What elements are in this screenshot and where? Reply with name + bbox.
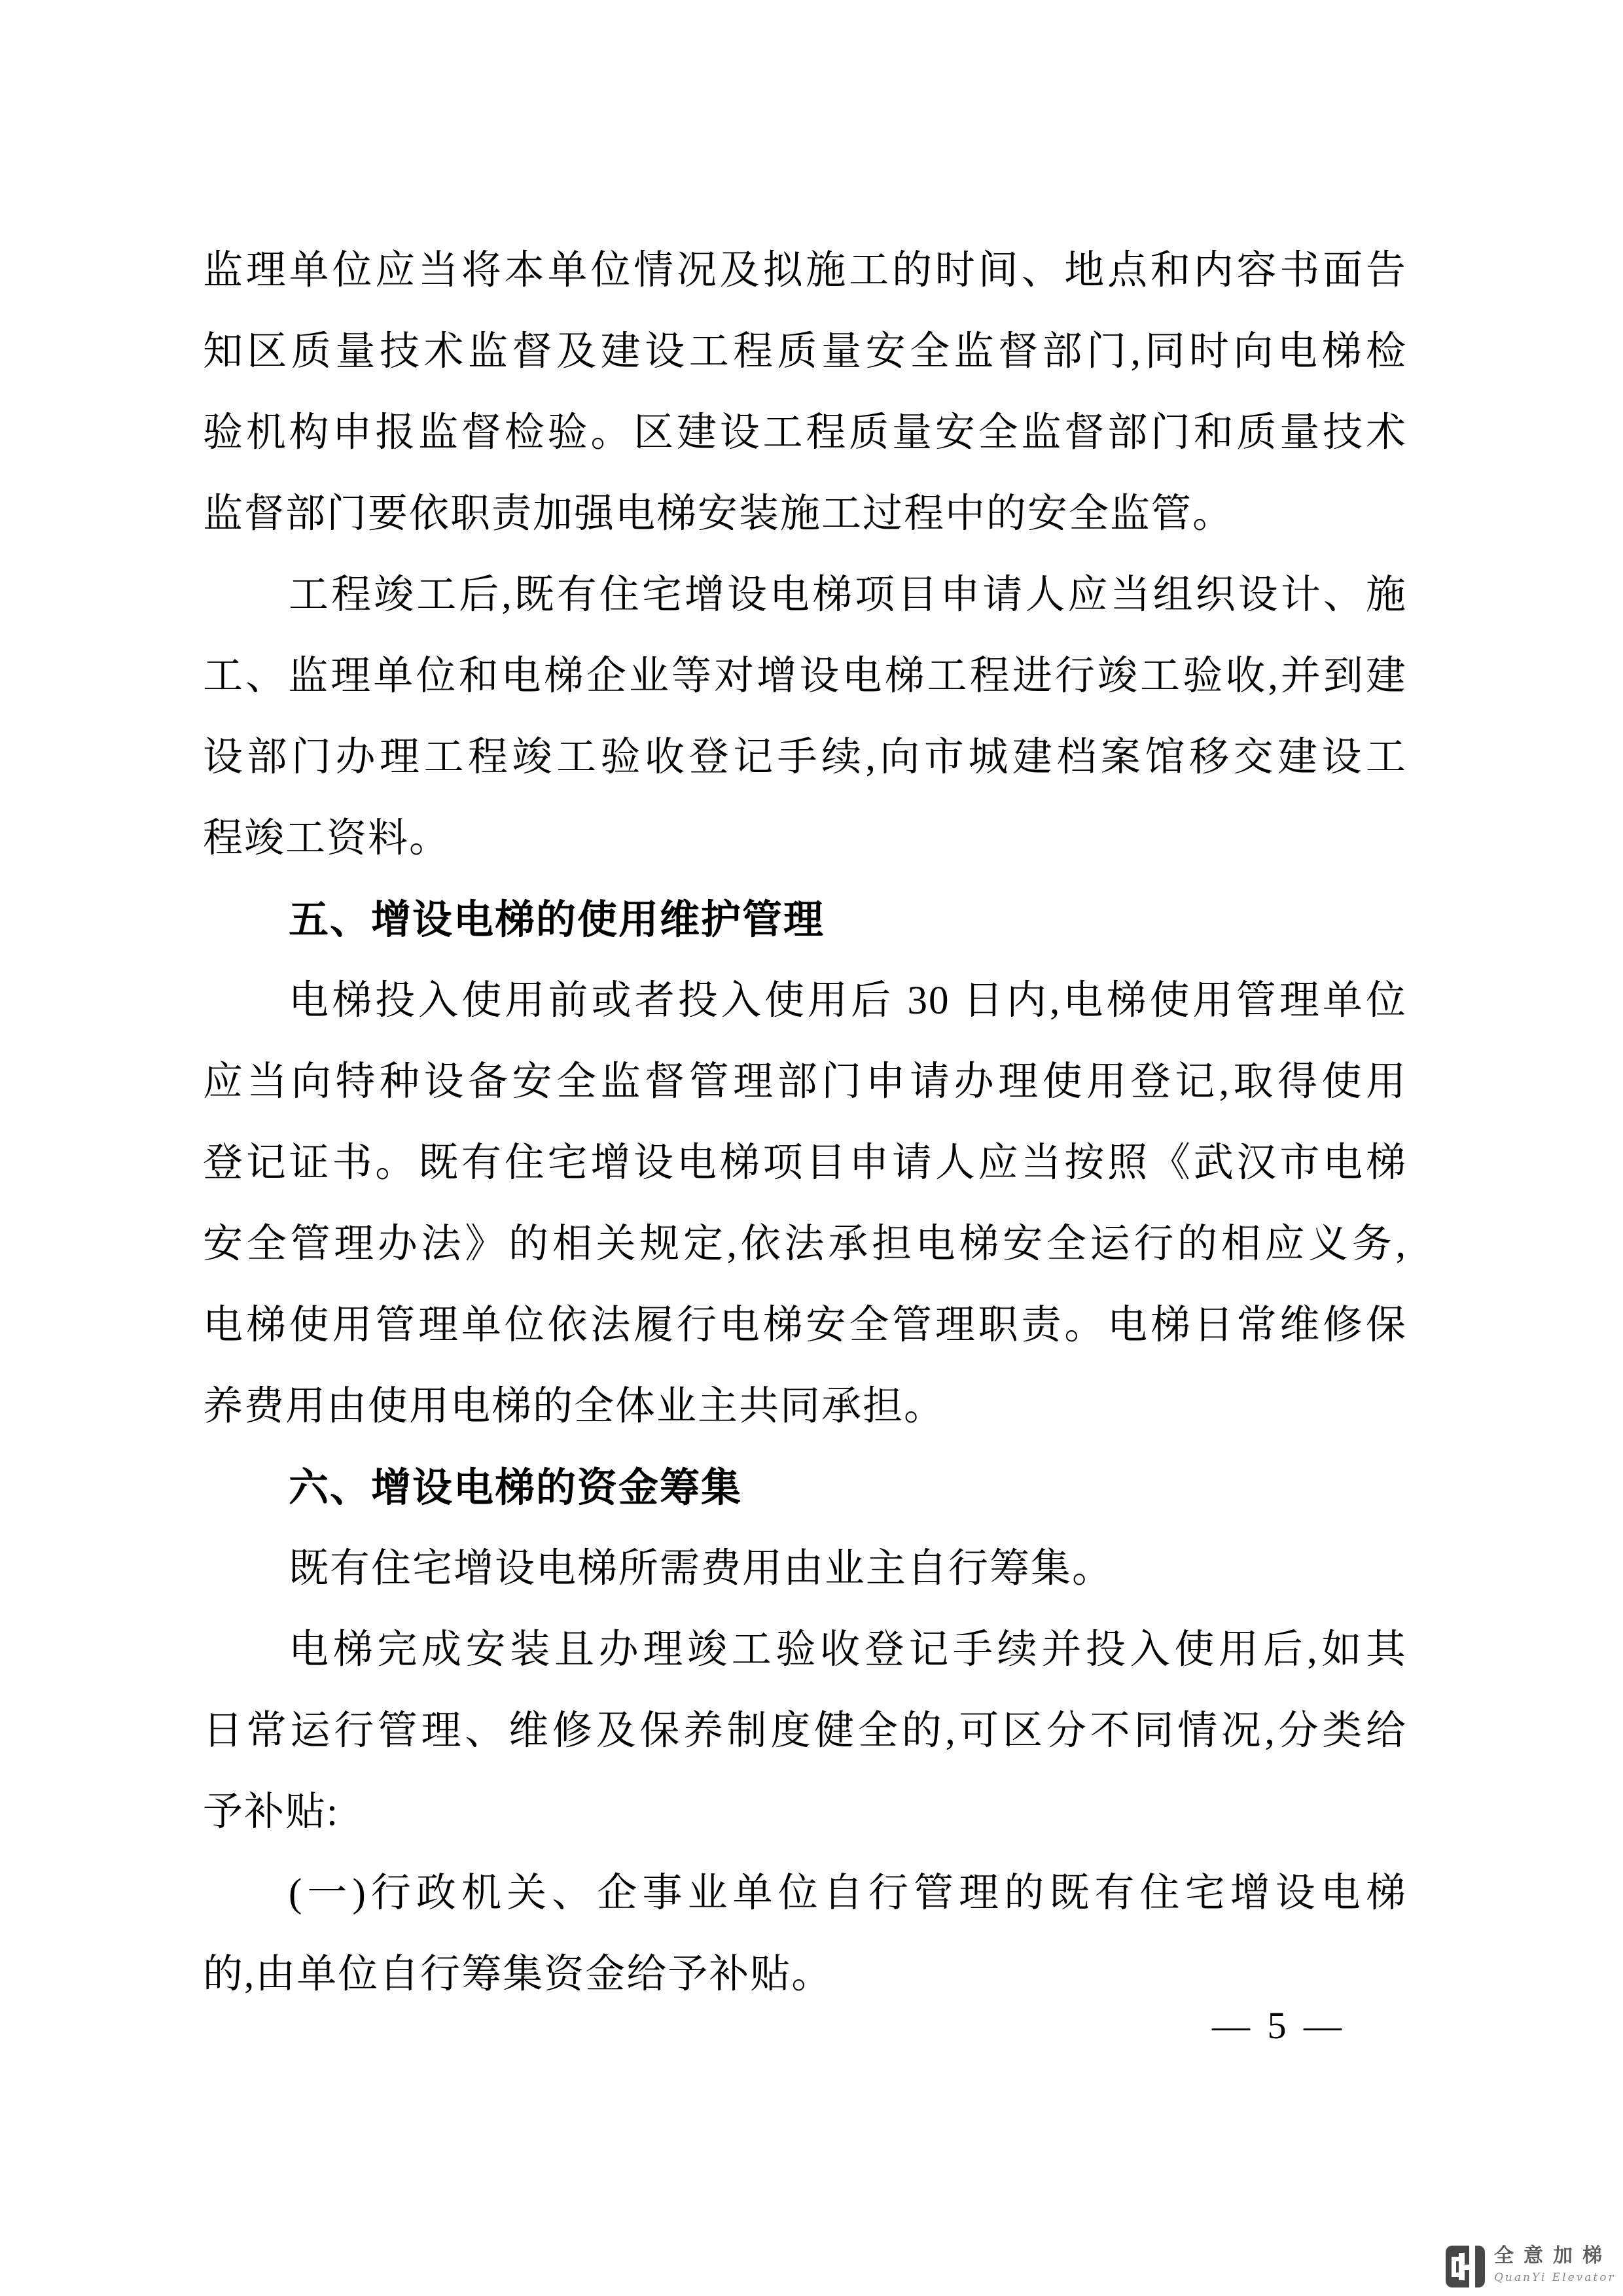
section-heading-6: 六、增设电梯的资金筹集 bbox=[203, 1447, 1407, 1528]
text-line: 电梯完成安装且办理竣工验收登记手续并投入使用后,如其 bbox=[203, 1610, 1407, 1691]
text-line: 养费用由使用电梯的全体业主共同承担。 bbox=[203, 1366, 1407, 1447]
logo-en-name: QuanYi Elevator bbox=[1494, 2270, 1616, 2285]
quanyi-elevator-logo: 全意加梯 QuanYi Elevator bbox=[1445, 2245, 1616, 2288]
logo-text: 全意加梯 QuanYi Elevator bbox=[1494, 2245, 1616, 2285]
section-heading-5: 五、增设电梯的使用维护管理 bbox=[203, 879, 1407, 961]
text-line: 监督部门要依职责加强电梯安装施工过程中的安全监管。 bbox=[203, 474, 1407, 555]
text-line: 日常运行管理、维修及保养制度健全的,可区分不同情况,分类给 bbox=[203, 1691, 1407, 1772]
text-line: 予补贴: bbox=[203, 1772, 1407, 1853]
quanyi-monogram-icon bbox=[1445, 2245, 1486, 2288]
document-text-block: 监理单位应当将本单位情况及拟施工的时间、地点和内容书面告 知区质量技术监督及建设… bbox=[203, 230, 1407, 2015]
text-line: 知区质量技术监督及建设工程质量安全监督部门,同时向电梯检 bbox=[203, 311, 1407, 393]
document-page: 监理单位应当将本单位情况及拟施工的时间、地点和内容书面告 知区质量技术监督及建设… bbox=[0, 0, 1623, 2296]
text-line: 监理单位应当将本单位情况及拟施工的时间、地点和内容书面告 bbox=[203, 230, 1407, 311]
text-line: 安全管理办法》的相关规定,依法承担电梯安全运行的相应义务, bbox=[203, 1204, 1407, 1285]
text-line: 既有住宅增设电梯所需费用由业主自行筹集。 bbox=[203, 1528, 1407, 1610]
text-line: 应当向特种设备安全监督管理部门申请办理使用登记,取得使用 bbox=[203, 1042, 1407, 1123]
text-line: 登记证书。既有住宅增设电梯项目申请人应当按照《武汉市电梯 bbox=[203, 1123, 1407, 1204]
text-line: 验机构申报监督检验。区建设工程质量安全监督部门和质量技术 bbox=[203, 393, 1407, 474]
page-number: — 5 — bbox=[1212, 2002, 1346, 2049]
text-line: 工、监理单位和电梯企业等对增设电梯工程进行竣工验收,并到建 bbox=[203, 636, 1407, 717]
text-line: 工程竣工后,既有住宅增设电梯项目申请人应当组织设计、施 bbox=[203, 555, 1407, 636]
text-line: (一)行政机关、企事业单位自行管理的既有住宅增设电梯 bbox=[203, 1853, 1407, 1934]
text-line: 程竣工资料。 bbox=[203, 798, 1407, 879]
logo-cn-name: 全意加梯 bbox=[1494, 2245, 1616, 2267]
text-line: 电梯投入使用前或者投入使用后 30 日内,电梯使用管理单位 bbox=[203, 961, 1407, 1042]
text-line: 设部门办理工程竣工验收登记手续,向市城建档案馆移交建设工 bbox=[203, 717, 1407, 798]
text-line: 电梯使用管理单位依法履行电梯安全管理职责。电梯日常维修保 bbox=[203, 1285, 1407, 1366]
